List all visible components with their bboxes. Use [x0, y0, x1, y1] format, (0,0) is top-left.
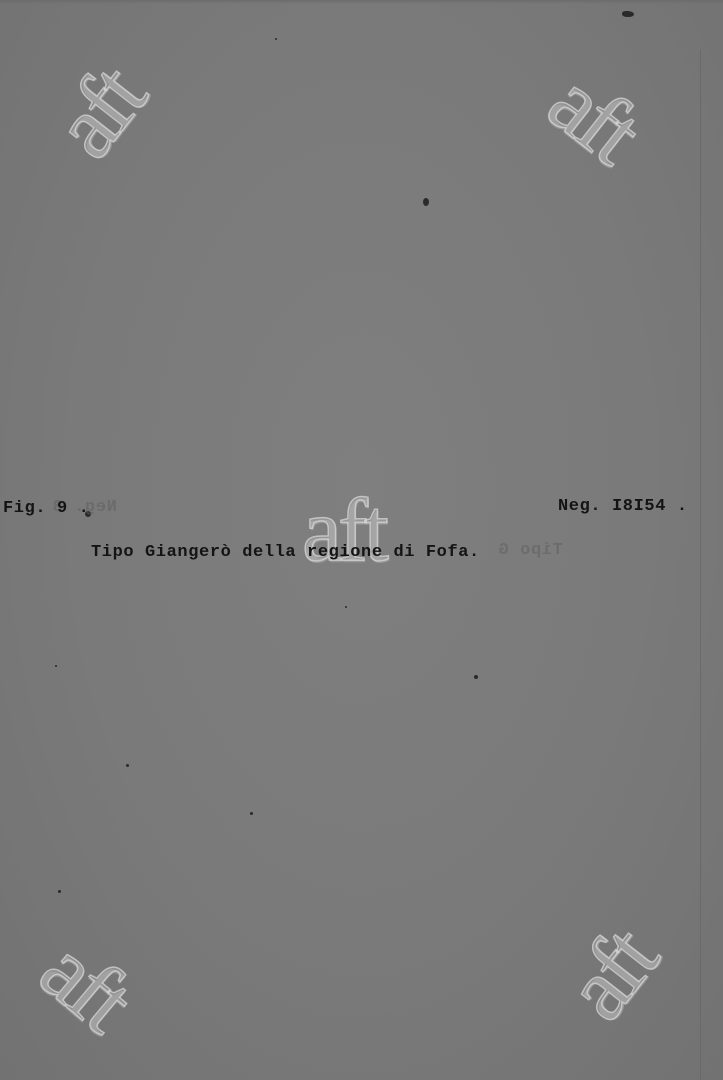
- dust-speck: [126, 764, 129, 767]
- watermark-bottom-right: aft: [550, 915, 672, 1036]
- dust-speck: [423, 198, 429, 206]
- dust-speck: [345, 606, 347, 608]
- watermark-bottom-left: aft: [25, 924, 146, 1046]
- dust-speck: [250, 812, 253, 815]
- figure-label: Fig. 9 .: [3, 499, 89, 518]
- dust-speck: [58, 890, 61, 893]
- dust-speck: [275, 38, 277, 40]
- figure-caption: Tipo Giangerò della regione di Fofa.: [91, 543, 480, 562]
- dust-speck: [55, 665, 57, 667]
- watermark-top-left: aft: [38, 53, 160, 174]
- scanned-page: aft aft aft aft aft Neg. 8 Tipo G Fig. 9…: [0, 0, 723, 1080]
- bleed-through-caption: Tipo G: [498, 541, 563, 560]
- page-margin-line: [700, 50, 701, 1080]
- watermark-center: aft: [302, 486, 385, 576]
- negative-number: Neg. I8I54 .: [558, 497, 688, 516]
- dust-speck: [474, 675, 478, 679]
- page-top-edge: [0, 0, 723, 4]
- dust-speck: [622, 11, 634, 17]
- watermark-top-right: aft: [533, 56, 654, 178]
